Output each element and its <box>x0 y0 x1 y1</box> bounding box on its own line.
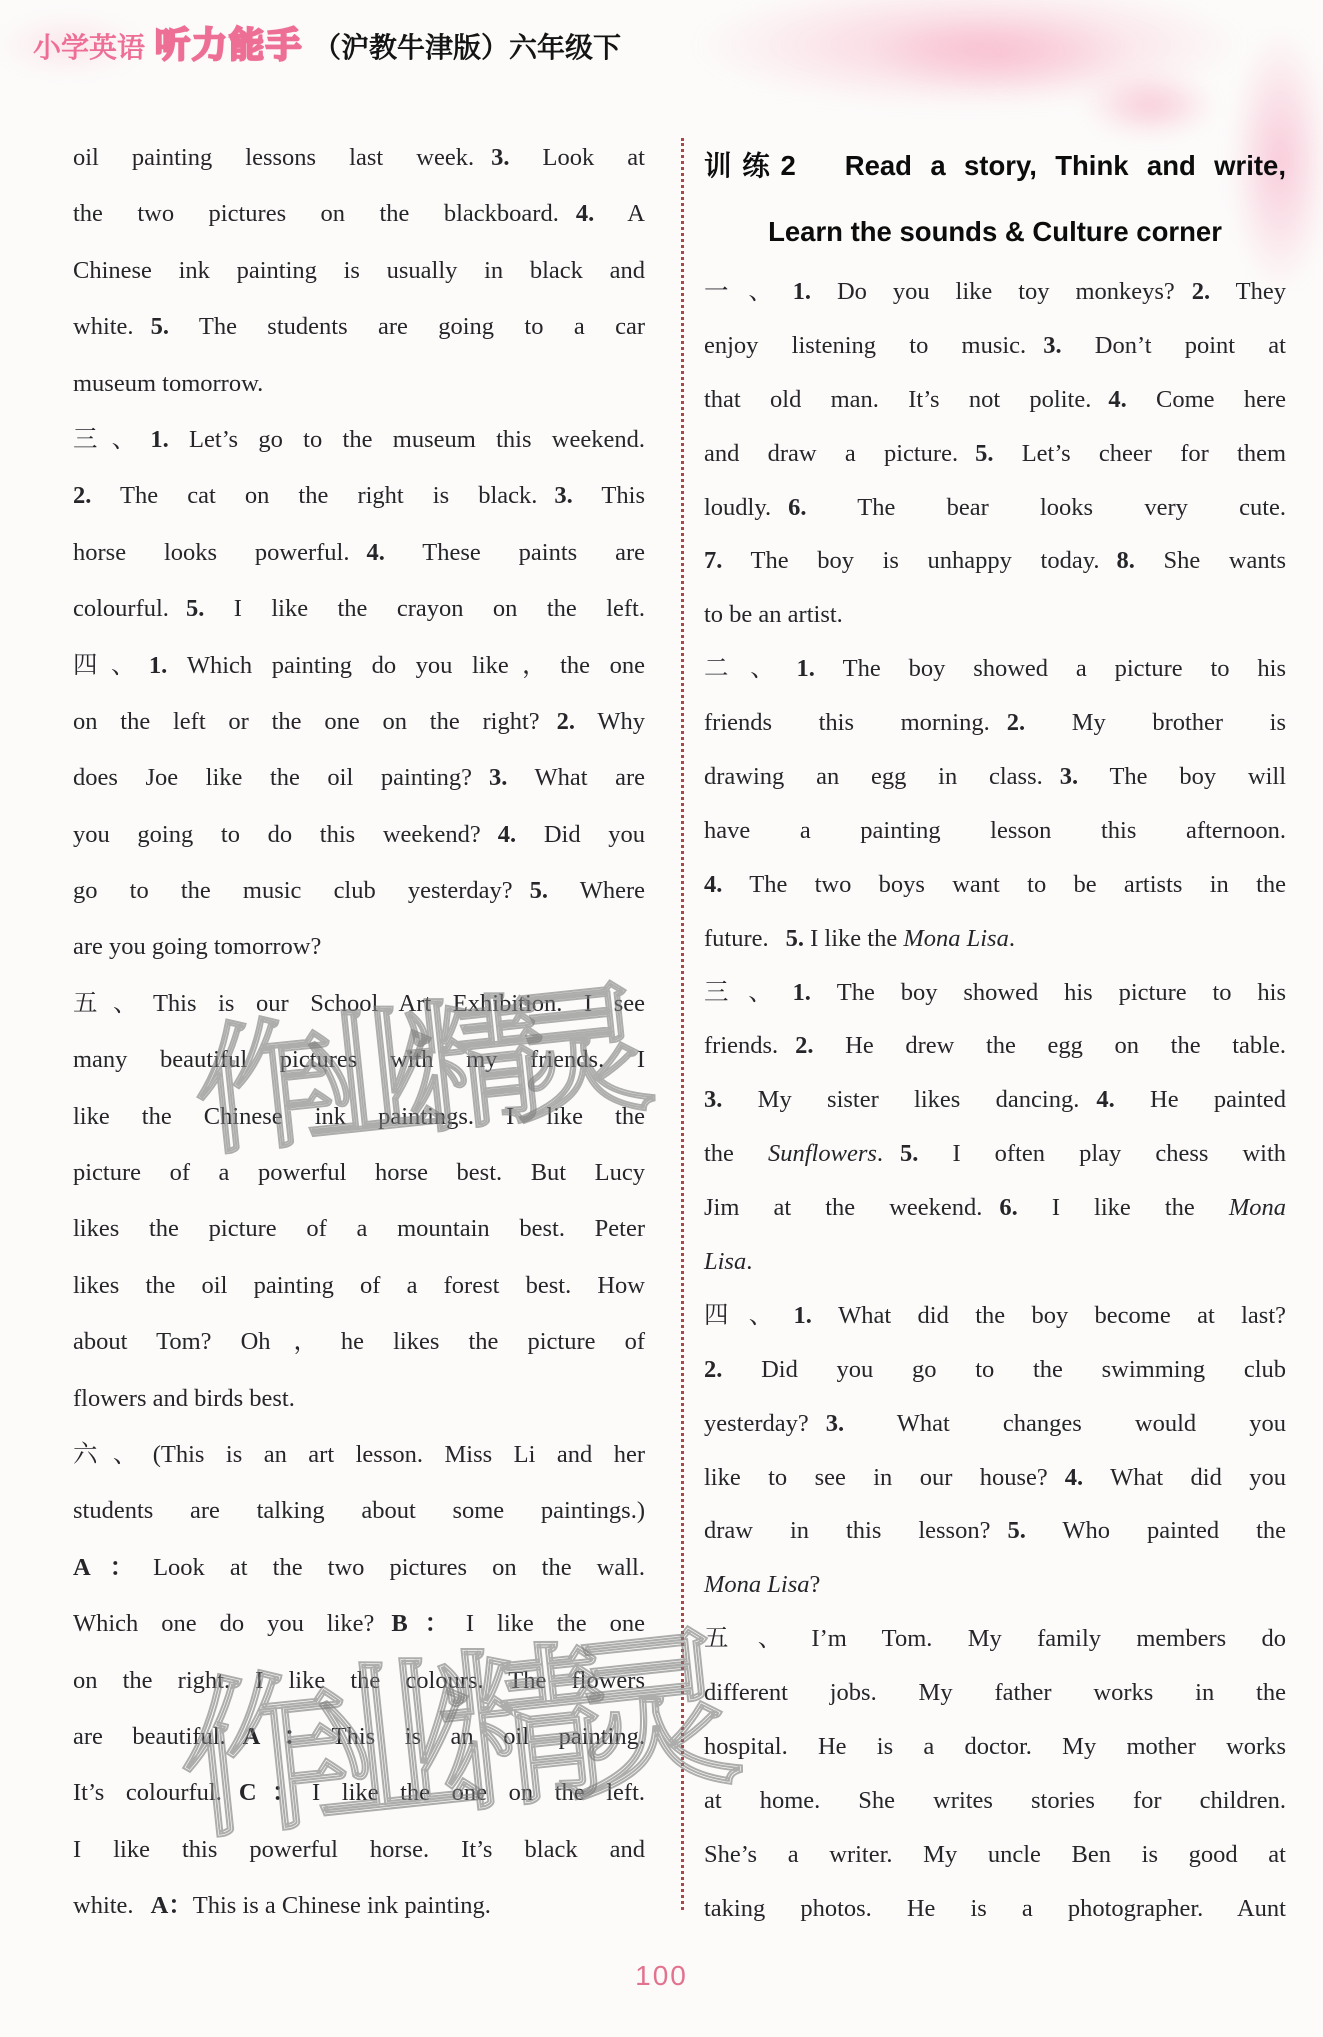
text-segment: different jobs. My father works in the <box>704 1679 1286 1706</box>
text-segment: This is an oil painting. <box>332 1723 645 1750</box>
text-line: 2. Did you go to the swimming club <box>704 1343 1286 1397</box>
text-segment: Come here <box>1127 386 1286 413</box>
text-segment: What changes would you <box>844 1410 1286 1437</box>
text-line: future.5. I like the Mona Lisa. <box>704 912 1286 966</box>
text-segment: 5. <box>900 1140 918 1167</box>
text-segment: 3. <box>491 144 509 171</box>
text-segment: future. <box>704 925 769 952</box>
text-segment: 4. <box>1108 386 1126 413</box>
text-line: 三、1. The boy showed his picture to his <box>704 966 1286 1020</box>
text-segment: does Joe like the oil painting? <box>73 764 472 791</box>
text-line: 四、1. What did the boy become at last? <box>704 1289 1286 1343</box>
text-line: that old man. It’s not polite.4. Come he… <box>704 373 1286 427</box>
text-segment: I like the crayon on the left. <box>204 595 645 622</box>
text-segment: go to the music club yesterday? <box>73 877 513 904</box>
text-segment: The students are going to a car <box>169 313 645 340</box>
text-segment: 5. <box>975 440 993 467</box>
text-segment: (This is an art lesson. Miss Li and her <box>153 1441 645 1468</box>
text-segment: 三、 <box>73 426 150 453</box>
text-segment: friends. <box>704 1032 778 1059</box>
page-header: 小学英语 听力能手 （沪教牛津版）六年级下 <box>33 18 621 68</box>
text-segment: horse looks powerful. <box>73 539 349 566</box>
text-segment: 5. <box>530 877 548 904</box>
text-segment: 2. <box>795 1032 813 1059</box>
text-segment: This is a Chinese ink painting. <box>193 1892 491 1919</box>
text-line: 五、This is our School Art Exhibition. I s… <box>73 976 645 1032</box>
text-segment: The boy showed a picture to his <box>815 655 1286 682</box>
text-segment: Let’s go to the museum this weekend. <box>169 426 645 453</box>
text-segment: white. <box>73 1892 134 1919</box>
text-segment: This is our School Art Exhibition. I see <box>153 990 645 1017</box>
text-segment: museum tomorrow. <box>73 370 263 397</box>
text-segment: 3. <box>554 482 572 509</box>
text-segment: loudly. <box>704 494 771 521</box>
text-segment: 1. <box>796 655 814 682</box>
text-segment: The boy showed his picture to his <box>811 979 1286 1006</box>
text-line: museum tomorrow. <box>73 356 645 412</box>
text-segment: Let’s cheer for them <box>993 440 1286 467</box>
text-segment: 1. <box>150 426 168 453</box>
text-segment: likes the picture of a mountain best. Pe… <box>73 1215 645 1242</box>
text-segment: 1. <box>793 1302 811 1329</box>
text-segment: that old man. It’s not polite. <box>704 386 1091 413</box>
text-line: friends this morning.2. My brother is <box>704 696 1286 750</box>
column-divider <box>681 138 684 1910</box>
text-segment: are you going tomorrow? <box>73 933 321 960</box>
text-segment: 二、 <box>704 655 796 682</box>
text-line: are you going tomorrow? <box>73 919 645 975</box>
text-line: the two pictures on the blackboard.4. A <box>73 186 645 242</box>
text-segment: Do you like toy monkeys? <box>811 278 1175 305</box>
text-segment: They <box>1210 278 1286 305</box>
text-line: 四、1. Which painting do you like，the one <box>73 638 645 694</box>
text-line: horse looks powerful.4. These paints are <box>73 525 645 581</box>
text-segment: A <box>594 200 645 227</box>
text-segment: She’s a writer. My uncle Ben is good at <box>704 1841 1286 1868</box>
text-segment: 4. <box>1096 1086 1114 1113</box>
text-segment: Jim at the weekend. <box>704 1194 982 1221</box>
text-line: picture of a powerful horse best. But Lu… <box>73 1145 645 1201</box>
text-segment: the two pictures on the blackboard. <box>73 200 559 227</box>
text-segment: draw in this lesson? <box>704 1517 990 1544</box>
text-segment: 3. <box>826 1410 844 1437</box>
text-segment: These paints are <box>385 539 645 566</box>
text-line: 三、1. Let’s go to the museum this weekend… <box>73 412 645 468</box>
text-line: 五、I’m Tom. My family members do <box>704 1612 1286 1666</box>
text-segment: I like the one on the left. <box>312 1779 645 1806</box>
text-segment: Mona Lisa <box>903 925 1009 952</box>
text-segment: The two boys want to be artists in the <box>722 871 1286 898</box>
text-line: different jobs. My father works in the <box>704 1666 1286 1720</box>
text-segment: hospital. He is a doctor. My mother work… <box>704 1733 1286 1760</box>
text-segment: have a painting lesson this afternoon. <box>704 817 1286 844</box>
text-line: Jim at the weekend.6. I like the Mona <box>704 1181 1286 1235</box>
text-segment: about Tom? Oh，he likes the picture of <box>73 1328 645 1355</box>
text-segment: 5. <box>786 925 804 952</box>
text-segment: 五、 <box>73 990 153 1017</box>
text-segment: She wants <box>1135 547 1286 574</box>
text-segment: picture of a powerful horse best. But Lu… <box>73 1159 645 1186</box>
text-line: about Tom? Oh，he likes the picture of <box>73 1314 645 1370</box>
text-segment: . <box>1009 925 1015 952</box>
text-line: friends.2. He drew the egg on the table. <box>704 1019 1286 1073</box>
text-segment: . <box>746 1248 752 1275</box>
text-line: likes the picture of a mountain best. Pe… <box>73 1201 645 1257</box>
page-number: 100 <box>635 1960 688 1992</box>
text-line: taking photos. He is a photographer. Aun… <box>704 1882 1286 1936</box>
text-segment: 4. <box>366 539 384 566</box>
text-segment: flowers and birds best. <box>73 1385 295 1412</box>
text-segment: enjoy listening to music. <box>704 332 1026 359</box>
text-segment: I like the <box>1018 1194 1229 1221</box>
section-heading: 训练2 Read a story, Think and write, Learn… <box>704 133 1286 265</box>
text-segment: 五、 <box>704 1625 811 1652</box>
text-segment: Did you <box>516 821 645 848</box>
text-segment: 1. <box>793 278 811 305</box>
text-line: 3. My sister likes dancing.4. He painted <box>704 1073 1286 1127</box>
text-line: Chinese ink painting is usually in black… <box>73 243 645 299</box>
text-line: colourful.5. I like the crayon on the le… <box>73 581 645 637</box>
text-segment: 3. <box>489 764 507 791</box>
text-line: 一、1. Do you like toy monkeys?2. They <box>704 265 1286 319</box>
text-segment: 六、 <box>73 1441 153 1468</box>
text-line: 二、1. The boy showed a picture to his <box>704 642 1286 696</box>
text-line: yesterday?3. What changes would you <box>704 1397 1286 1451</box>
text-segment: Look at the two pictures on the wall. <box>153 1554 645 1581</box>
text-segment: 2. <box>1192 278 1210 305</box>
text-segment: like to see in our house? <box>704 1464 1048 1491</box>
text-segment: Chinese ink painting is usually in black… <box>73 257 645 284</box>
text-segment: many beautiful pictures with my friends.… <box>73 1046 645 1073</box>
text-segment: C： <box>239 1779 312 1806</box>
text-line: on the left or the one on the right?2. W… <box>73 694 645 750</box>
text-line: 7. The boy is unhappy today.8. She wants <box>704 534 1286 588</box>
text-line: oil painting lessons last week.3. Look a… <box>73 130 645 186</box>
text-segment: 6. <box>999 1194 1017 1221</box>
text-segment: 4. <box>498 821 516 848</box>
text-segment: 3. <box>1060 763 1078 790</box>
text-segment: Mona Lisa <box>704 1571 810 1598</box>
text-line: loudly.6. The bear looks very cute. <box>704 481 1286 535</box>
series-title: 小学英语 <box>33 26 145 66</box>
text-segment: 1. <box>793 979 811 1006</box>
text-segment: are beautiful. <box>73 1723 226 1750</box>
text-segment: The boy will <box>1078 763 1286 790</box>
text-segment: Which one do you like? <box>73 1610 374 1637</box>
text-line: 4. The two boys want to be artists in th… <box>704 858 1286 912</box>
text-segment: Why <box>575 708 645 735</box>
text-segment: He painted <box>1115 1086 1286 1113</box>
text-line: 2. The cat on the right is black.3. This <box>73 468 645 524</box>
text-segment: to be an artist. <box>704 601 843 628</box>
text-line: white.5. The students are going to a car <box>73 299 645 355</box>
text-segment: 2. <box>704 1356 722 1383</box>
text-line: have a painting lesson this afternoon. <box>704 804 1286 858</box>
text-segment: oil painting lessons last week. <box>73 144 474 171</box>
text-line: enjoy listening to music.3. Don’t point … <box>704 319 1286 373</box>
text-segment: This <box>573 482 645 509</box>
text-line: drawing an egg in class.3. The boy will <box>704 750 1286 804</box>
text-segment: at home. She writes stories for children… <box>704 1787 1286 1814</box>
text-segment: I like the <box>804 925 903 952</box>
text-line: I like this powerful horse. It’s black a… <box>73 1822 645 1878</box>
text-line: students are talking about some painting… <box>73 1483 645 1539</box>
text-segment: Mona <box>1229 1194 1286 1221</box>
text-line: likes the oil painting of a forest best.… <box>73 1258 645 1314</box>
text-segment: 4. <box>1065 1464 1083 1491</box>
text-line: like to see in our house?4. What did you <box>704 1451 1286 1505</box>
text-line: the Sunflowers.5. I often play chess wit… <box>704 1127 1286 1181</box>
text-line: It’s colourful.C：I like the one on the l… <box>73 1765 645 1821</box>
text-segment: I often play chess with <box>918 1140 1286 1167</box>
text-segment: Where <box>548 877 645 904</box>
text-line: Mona Lisa? <box>704 1558 1286 1612</box>
text-line: hospital. He is a doctor. My mother work… <box>704 1720 1286 1774</box>
text-segment: B： <box>391 1610 466 1637</box>
text-segment: 5. <box>1007 1517 1025 1544</box>
text-line: like the Chinese ink paintings. I like t… <box>73 1089 645 1145</box>
text-segment: 2. <box>73 482 91 509</box>
text-segment: yesterday? <box>704 1410 809 1437</box>
scan-artifact <box>820 0 1180 110</box>
text-segment: taking photos. He is a photographer. Aun… <box>704 1895 1286 1922</box>
text-segment: Lisa <box>704 1248 746 1275</box>
text-segment: ? <box>810 1571 821 1598</box>
text-line: She’s a writer. My uncle Ben is good at <box>704 1828 1286 1882</box>
text-line: to be an artist. <box>704 588 1286 642</box>
text-segment: likes the oil painting of a forest best.… <box>73 1272 645 1299</box>
text-line: at home. She writes stories for children… <box>704 1774 1286 1828</box>
text-segment: My sister likes dancing. <box>722 1086 1079 1113</box>
text-segment: friends this morning. <box>704 709 990 736</box>
text-segment: Who painted the <box>1026 1517 1286 1544</box>
text-segment: 4. <box>704 871 722 898</box>
text-line: Lisa. <box>704 1235 1286 1289</box>
section-heading-line-2: Learn the sounds & Culture corner <box>704 199 1286 265</box>
text-segment: drawing an egg in class. <box>704 763 1043 790</box>
text-segment: 2. <box>1007 709 1025 736</box>
text-segment: you going to do this weekend? <box>73 821 481 848</box>
text-segment: 7. <box>704 547 722 574</box>
text-segment: Sunflowers <box>768 1140 877 1167</box>
right-column-text: 一、1. Do you like toy monkeys?2. Theyenjo… <box>704 265 1286 1936</box>
text-segment: 3. <box>1043 332 1061 359</box>
text-segment: . <box>877 1140 883 1167</box>
text-segment: 5. <box>186 595 204 622</box>
section-heading-line-1: 训练2 Read a story, Think and write, <box>704 133 1286 199</box>
text-segment: 一、 <box>704 278 793 305</box>
text-segment: What did the boy become at last? <box>812 1302 1286 1329</box>
text-segment: The bear looks very cute. <box>807 494 1286 521</box>
text-segment: He drew the egg on the table. <box>814 1032 1286 1059</box>
text-segment: The boy is unhappy today. <box>722 547 1099 574</box>
text-segment: and draw a picture. <box>704 440 958 467</box>
left-column: oil painting lessons last week.3. Look a… <box>73 130 645 1935</box>
scan-artifact <box>600 0 1323 130</box>
text-line: flowers and birds best. <box>73 1371 645 1427</box>
text-segment: colourful. <box>73 595 169 622</box>
text-line: and draw a picture.5. Let’s cheer for th… <box>704 427 1286 481</box>
text-line: does Joe like the oil painting?3. What a… <box>73 750 645 806</box>
text-segment: students are talking about some painting… <box>73 1497 645 1524</box>
text-segment: It’s colourful. <box>73 1779 222 1806</box>
text-segment: I like the one <box>466 1610 645 1637</box>
text-segment: the <box>704 1140 768 1167</box>
text-line: are beautiful.A：This is an oil painting. <box>73 1709 645 1765</box>
text-segment: 三、 <box>704 979 793 1006</box>
text-line: white.A：This is a Chinese ink painting. <box>73 1878 645 1934</box>
text-segment: 3. <box>704 1086 722 1113</box>
text-segment: Don’t point at <box>1062 332 1286 359</box>
text-segment: I’m Tom. My family members do <box>811 1625 1286 1652</box>
text-line: Which one do you like?B：I like the one <box>73 1596 645 1652</box>
text-segment: 5. <box>151 313 169 340</box>
text-segment: like the Chinese ink paintings. I like t… <box>73 1103 645 1130</box>
text-segment: My brother is <box>1025 709 1286 736</box>
text-line: many beautiful pictures with my friends.… <box>73 1032 645 1088</box>
text-segment: What did you <box>1083 1464 1286 1491</box>
text-segment: Look at <box>509 144 645 171</box>
text-line: go to the music club yesterday?5. Where <box>73 863 645 919</box>
text-segment: on the left or the one on the right? <box>73 708 540 735</box>
text-segment: A： <box>73 1554 153 1581</box>
text-segment: on the right. I like the colours. The fl… <box>73 1667 645 1694</box>
brand-logo: 听力能手 <box>155 18 303 68</box>
text-line: 六、(This is an art lesson. Miss Li and he… <box>73 1427 645 1483</box>
text-segment: 6. <box>788 494 806 521</box>
text-line: on the right. I like the colours. The fl… <box>73 1653 645 1709</box>
text-line: draw in this lesson?5. Who painted the <box>704 1504 1286 1558</box>
text-line: A：Look at the two pictures on the wall. <box>73 1540 645 1596</box>
text-segment: I like this powerful horse. It’s black a… <box>73 1836 645 1863</box>
text-segment: Which painting do you like，the one <box>167 652 645 679</box>
text-segment: 8. <box>1117 547 1135 574</box>
text-segment: 2. <box>557 708 575 735</box>
text-segment: The cat on the right is black. <box>91 482 537 509</box>
text-segment: 四、 <box>73 652 149 679</box>
workbook-page: 小学英语 听力能手 （沪教牛津版）六年级下 oil painting lesso… <box>0 0 1323 2037</box>
text-segment: Did you go to the swimming club <box>722 1356 1286 1383</box>
text-segment: A： <box>243 1723 332 1750</box>
edition-info: （沪教牛津版）六年级下 <box>313 26 621 66</box>
text-segment: A： <box>151 1892 193 1919</box>
text-segment: What are <box>507 764 645 791</box>
text-line: you going to do this weekend?4. Did you <box>73 807 645 863</box>
right-column: 训练2 Read a story, Think and write, Learn… <box>704 133 1286 1936</box>
text-segment: 四、 <box>704 1302 793 1329</box>
text-segment: white. <box>73 313 134 340</box>
text-segment: 1. <box>149 652 167 679</box>
text-segment: 4. <box>576 200 594 227</box>
